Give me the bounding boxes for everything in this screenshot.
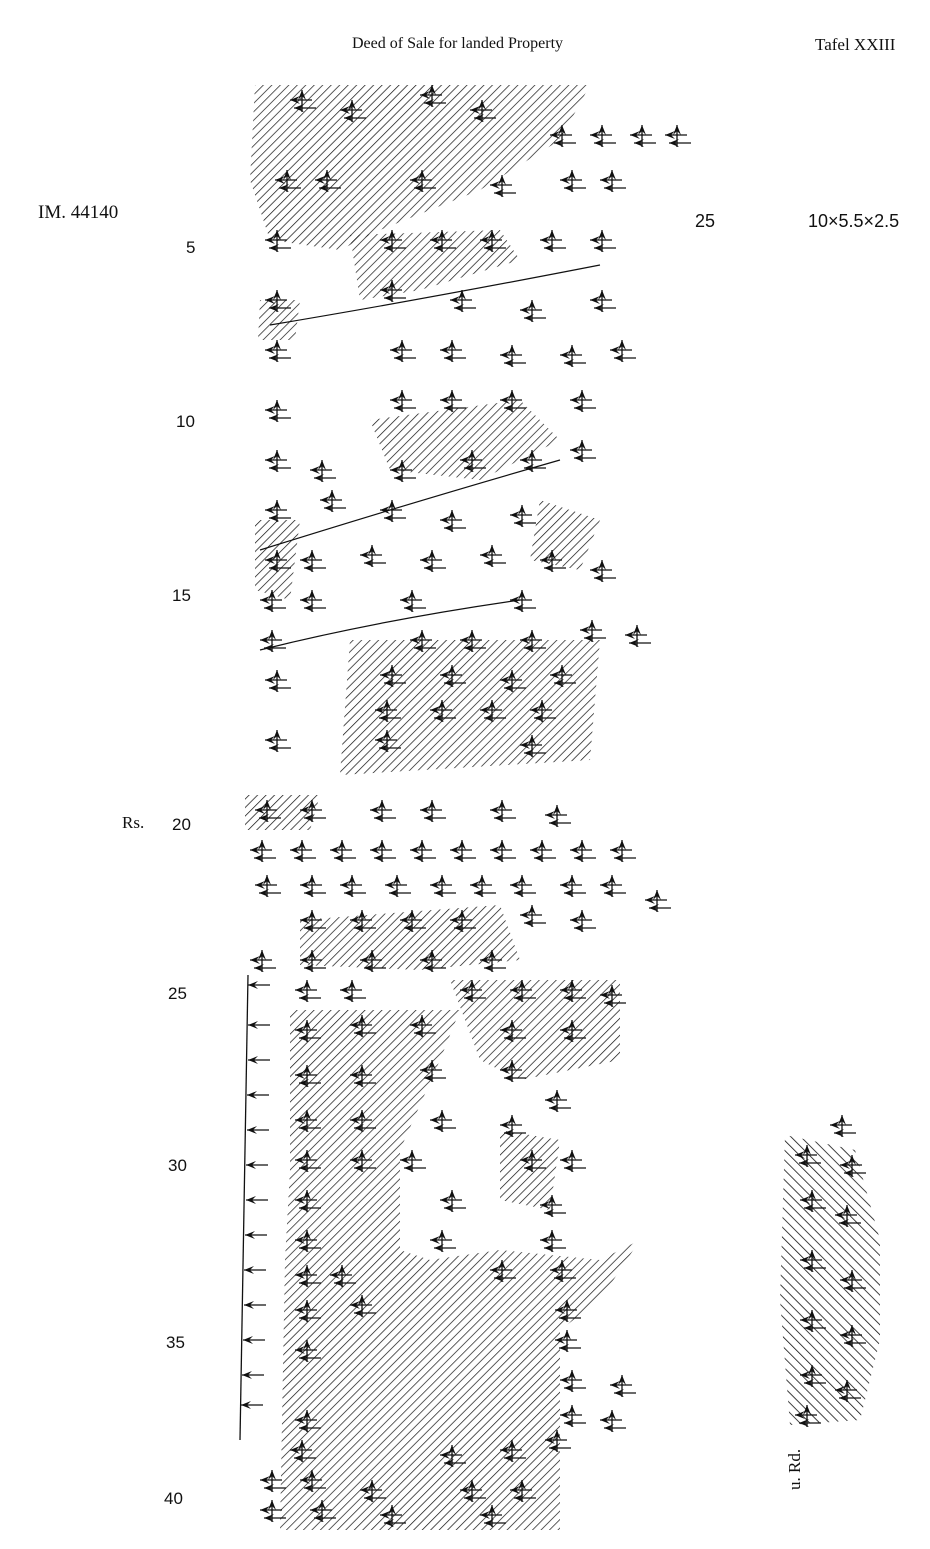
- left-edge-wedge-column: [240, 975, 270, 1440]
- lower-edge-hatching: [780, 1135, 880, 1425]
- cuneiform-tablet-drawing: [0, 0, 930, 1549]
